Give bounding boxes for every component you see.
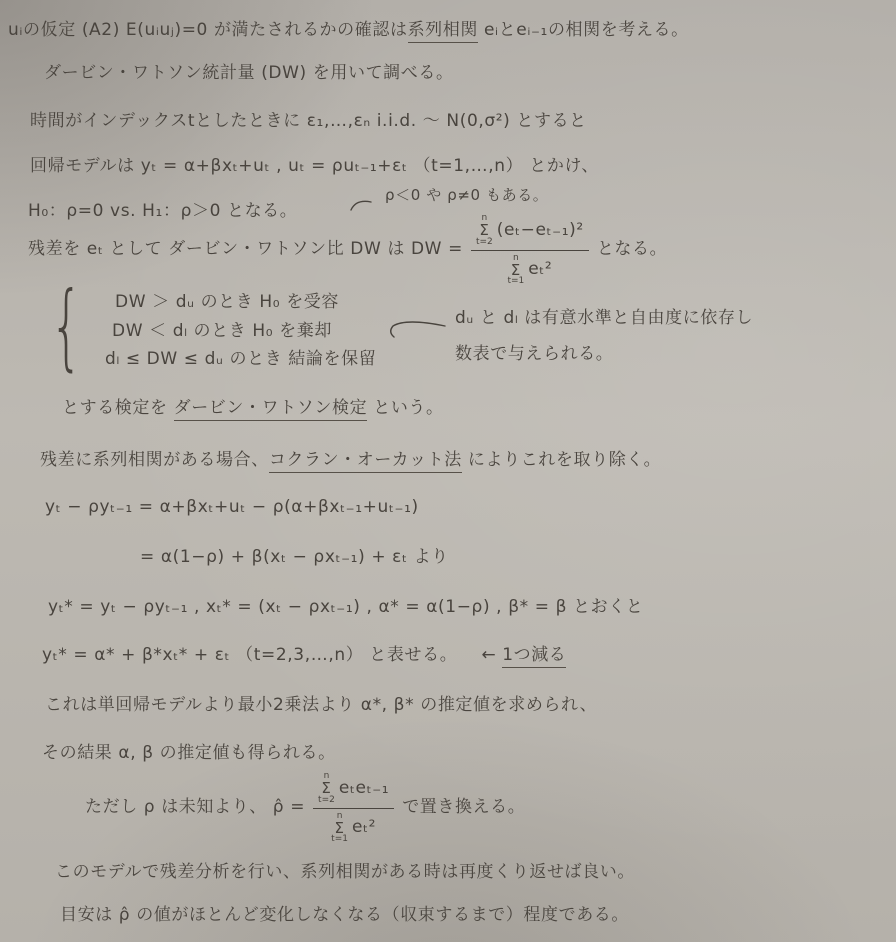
note-line-iid-assumption: 時間がインデックスtとしたときに ε₁,…,εₙ i.i.d. ～ N(0,σ²… (30, 111, 587, 132)
hypotheses-side-note: ρ＜0 や ρ≠0 もある。 (385, 186, 548, 205)
cochrane-post: によりこれを取り除く。 (462, 450, 661, 470)
rho-numerator-expression: eₜeₜ₋₁ (339, 778, 389, 799)
note-line-transform-2: = α(1−ρ) + β(xₜ − ρxₜ₋₁) + εₜ より (140, 547, 449, 568)
cochrane-underlined: コクラン・オーカット法 (269, 450, 462, 473)
sum-symbol-num: n Σ t=2 (318, 772, 335, 804)
dw-fraction-denominator: n Σ t=1 eₜ² (502, 254, 557, 286)
case-accept-h0: DW ＞ dᵤ のとき H₀ を受容 (115, 292, 339, 313)
dw-formula-line: 残差を eₜ として ダービン・ワトソン比 DW は DW = n Σ t=2 … (28, 212, 667, 288)
left-arrow-icon: ← (481, 645, 496, 665)
dw-fraction: n Σ t=2 (eₜ−eₜ₋₁)² n Σ t=1 eₜ² (471, 214, 589, 286)
case-inconclusive: dₗ ≤ DW ≤ dᵤ のとき 結論を保留 (105, 349, 376, 370)
sigma-icon: Σ (335, 821, 345, 835)
curly-brace: { (50, 280, 83, 374)
sum-symbol-den: n Σ t=1 (507, 254, 524, 286)
note-line-transform-1: yₜ − ρyₜ₋₁ = α+βxₜ+uₜ − ρ(α+βxₜ₋₁+uₜ₋₁) (45, 497, 419, 518)
note-line-star-definitions: yₜ* = yₜ − ρyₜ₋₁ , xₜ* = (xₜ − ρxₜ₋₁) , … (48, 597, 643, 618)
dw-formula-pre: 残差を eₜ として ダービン・ワトソン比 DW は DW = (28, 239, 463, 260)
note-line-star-model: yₜ* = α* + β*xₜ* + εₜ （t=2,3,…,n） と表せる。 … (42, 645, 566, 666)
note-line-ols-estimates: これは単回帰モデルより最小2乗法より α*, β* の推定値を求められ、 (45, 695, 597, 716)
curve-arrow (386, 318, 448, 340)
dw-denominator-expression: eₜ² (528, 259, 552, 280)
one-fewer-underlined: 1つ減る (502, 645, 566, 668)
cochrane-pre: 残差に系列相関がある場合、 (40, 450, 269, 470)
sum-lower-limit: t=2 (476, 238, 493, 247)
sum-symbol-num: n Σ t=2 (476, 214, 493, 246)
note-line-regression-model: 回帰モデルは yₜ = α+βxₜ+uₜ , uₜ = ρuₜ₋₁+εₜ （t=… (30, 156, 599, 177)
serial-correlation-underlined: 系列相関 (408, 20, 478, 43)
rho-formula-pre: ただし ρ は未知より、 ρ̂ = (85, 797, 305, 818)
sum-symbol-den: n Σ t=1 (331, 812, 348, 844)
sum-lower-limit: t=1 (331, 835, 348, 844)
rho-formula-post: で置き換える。 (402, 797, 525, 818)
star-model-main: yₜ* = α* + β*xₜ* + εₜ （t=2,3,…,n） と表せる。 (42, 645, 457, 665)
critical-values-note-2: 数表で与えられる。 (455, 344, 613, 365)
rho-fraction-denominator: n Σ t=1 eₜ² (326, 812, 381, 844)
rho-fraction-numerator: n Σ t=2 eₜeₜ₋₁ (313, 772, 394, 808)
sigma-icon: Σ (321, 781, 331, 795)
note-line-convergence: 目安は ρ̂ の値がほとんど変化しなくなる（収束するまで）程度である。 (60, 905, 629, 926)
sigma-icon: Σ (511, 263, 521, 277)
sum-lower-limit: t=2 (318, 796, 335, 805)
dw-test-post: という。 (367, 398, 443, 418)
rho-hat-formula-line: ただし ρ は未知より、 ρ̂ = n Σ t=2 eₜeₜ₋₁ n Σ t=1… (85, 770, 525, 846)
note-line-cochrane-orcutt: 残差に系列相関がある場合、コクラン・オーカット法 によりこれを取り除く。 (40, 450, 661, 471)
critical-values-note-1: dᵤ と dₗ は有意水準と自由度に依存し (455, 308, 753, 329)
assumption-pre: uᵢの仮定 (A2) E(uᵢuⱼ)=0 が満たされるかの確認は (8, 20, 408, 40)
dw-formula-post: となる。 (597, 239, 667, 260)
sum-lower-limit: t=1 (507, 277, 524, 286)
rho-denominator-expression: eₜ² (352, 817, 376, 838)
dw-test-pre: とする検定を (62, 398, 174, 418)
note-line-iterate: このモデルで残差分析を行い、系列相関がある時は再度くり返せば良い。 (55, 862, 635, 883)
rho-fraction: n Σ t=2 eₜeₜ₋₁ n Σ t=1 eₜ² (313, 772, 394, 844)
note-line-recovered-estimates: その結果 α, β の推定値も得られる。 (42, 743, 336, 764)
dw-numerator-expression: (eₜ−eₜ₋₁)² (497, 220, 584, 241)
note-line-dw-statistic-intro: ダービン・ワトソン統計量 (DW) を用いて調べる。 (44, 63, 454, 84)
curve-mark (348, 196, 374, 212)
sigma-icon: Σ (479, 223, 489, 237)
note-line-dw-test-name: とする検定を ダービン・ワトソン検定 という。 (62, 398, 444, 419)
dw-fraction-numerator: n Σ t=2 (eₜ−eₜ₋₁)² (471, 214, 589, 250)
case-reject-h0: DW ＜ dₗ のとき H₀ を棄却 (112, 321, 332, 342)
dw-test-underlined: ダービン・ワトソン検定 (174, 398, 368, 421)
note-line-assumption: uᵢの仮定 (A2) E(uᵢuⱼ)=0 が満たされるかの確認は系列相関 eᵢと… (8, 20, 689, 41)
assumption-post: eᵢとeᵢ₋₁の相関を考える。 (478, 20, 689, 40)
